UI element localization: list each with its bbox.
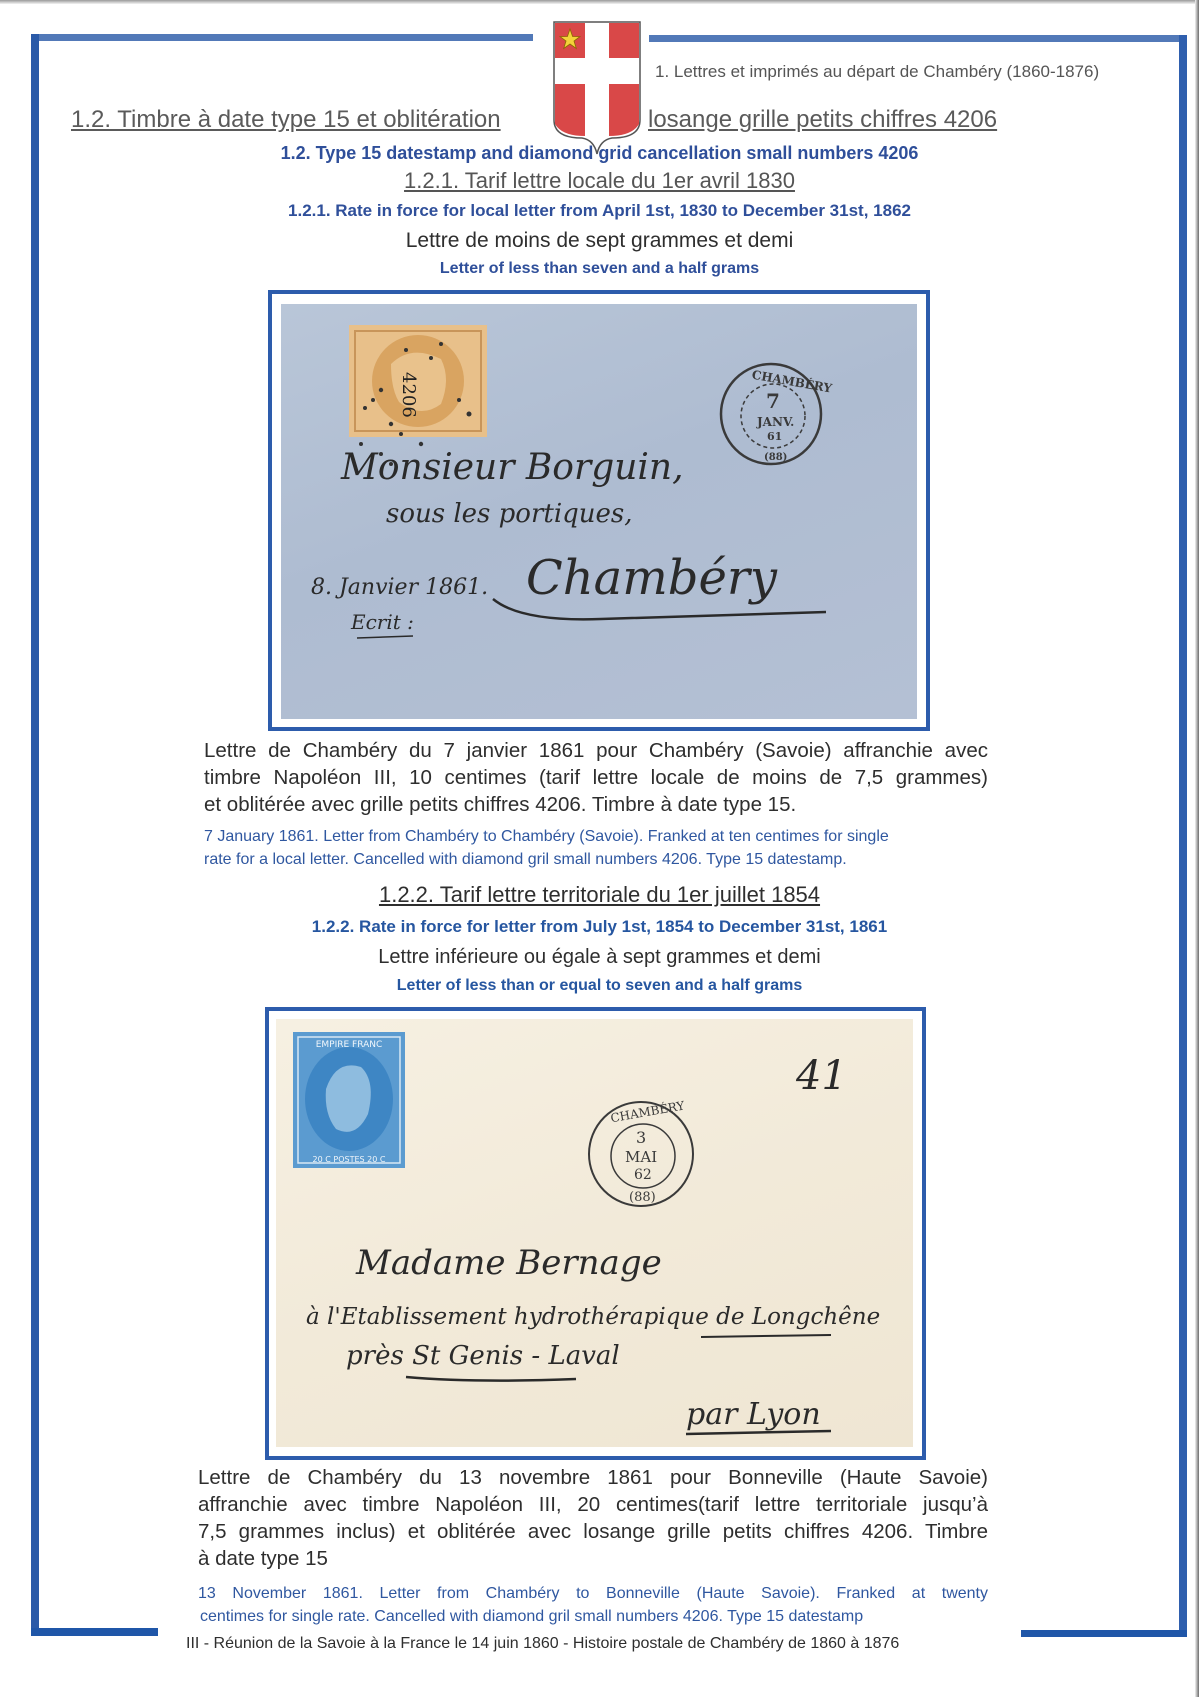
caption-line: à date type 15	[198, 1545, 988, 1572]
postmark-month: JANV.	[756, 415, 794, 429]
address-line-1: Monsieur Borguin,	[340, 447, 684, 488]
savoie-cross-shield-icon	[552, 20, 642, 156]
section2-weight: Lettre inférieure ou égale à sept gramme…	[0, 946, 1199, 969]
section1-title: 1.2.1. Tarif lettre locale du 1er avril …	[0, 168, 1199, 194]
postmark-day: 3	[636, 1128, 646, 1147]
caption-line: Lettre de Chambéry du 7 janvier 1861 pou…	[204, 737, 988, 764]
scan-edge-right	[1195, 0, 1199, 1697]
caption-line: centimes for single rate. Cancelled with…	[198, 1605, 988, 1628]
scan-edge-top	[0, 0, 1199, 4]
section2-weight-english: Letter of less than or equal to seven an…	[0, 977, 1199, 995]
cover-1-caption: Lettre de Chambéry du 7 janvier 1861 pou…	[204, 737, 988, 818]
section2-title-english: 1.2.2. Rate in force for letter from Jul…	[0, 917, 1199, 937]
cover-1-envelope: 4206 CHAMBÉRY 7 JANV. 61 (88)	[281, 304, 917, 719]
postmark-dept: (88)	[764, 452, 787, 463]
cover-2-caption-english: 13 November 1861. Letter from Chambéry t…	[198, 1582, 988, 1628]
caption-line: 13 November 1861. Letter from Chambéry t…	[198, 1582, 988, 1605]
cover-2-caption: Lettre de Chambéry du 13 novembre 1861 p…	[198, 1464, 988, 1572]
section2-title: 1.2.2. Tarif lettre territoriale du 1er …	[0, 882, 1199, 908]
cover-1-caption-english: 7 January 1861. Letter from Chambéry to …	[204, 825, 889, 871]
caption-line: 7,5 grammes inclus) et oblitérée avec lo…	[198, 1518, 988, 1545]
frame-bottom-left	[31, 1628, 158, 1636]
postmark-month: MAI	[625, 1148, 657, 1166]
stamp-top-text: EMPIRE FRANC	[316, 1040, 383, 1050]
svg-text:4206: 4206	[398, 372, 419, 418]
frame-top-right	[649, 35, 1187, 42]
postmark-year: 62	[634, 1167, 652, 1183]
caption-line: affranchie avec timbre Napoléon III, 20 …	[198, 1491, 988, 1518]
postmark-day: 7	[766, 389, 780, 413]
section1-title-english: 1.2.1. Rate in force for local letter fr…	[0, 201, 1199, 221]
page-title-right: losange grille petits chiffres 4206	[648, 106, 997, 134]
caption-line: Lettre de Chambéry du 13 novembre 1861 p…	[198, 1464, 988, 1491]
series-title: 1. Lettres et imprimés au départ de Cham…	[655, 62, 1099, 82]
cover-2-artwork: EMPIRE FRANC 20 C POSTES 20 C 41 CHAMBÉR…	[276, 1019, 913, 1447]
frame-top-left	[37, 34, 533, 41]
cover-2-photo: EMPIRE FRANC 20 C POSTES 20 C 41 CHAMBÉR…	[265, 1007, 926, 1460]
stamp-bottom-text: 20 C POSTES 20 C	[313, 1155, 386, 1164]
address-line-3: Chambéry	[526, 550, 778, 606]
section1-weight: Lettre de moins de sept grammes et demi	[0, 229, 1199, 253]
docket-date: 8. Janvier 1861.	[311, 575, 488, 600]
address-line-1: Madame Bernage	[355, 1243, 662, 1283]
address-line-3: près St Genis - Laval	[346, 1341, 620, 1371]
page-footer: III - Réunion de la Savoie à la France l…	[186, 1635, 899, 1653]
page-title-english: 1.2. Type 15 datestamp and diamond grid …	[0, 143, 1199, 164]
caption-line: rate for a local letter. Cancelled with …	[204, 848, 889, 871]
cover-2-envelope: EMPIRE FRANC 20 C POSTES 20 C 41 CHAMBÉR…	[276, 1019, 913, 1447]
caption-line: timbre Napoléon III, 10 centimes (tarif …	[204, 764, 988, 791]
stamp-20c-icon: EMPIRE FRANC 20 C POSTES 20 C	[293, 1032, 405, 1168]
frame-bottom-right	[1021, 1630, 1187, 1637]
caption-line: et oblitérée avec grille petits chiffres…	[204, 791, 988, 818]
section1-weight-english: Letter of less than seven and a half gra…	[0, 260, 1199, 278]
cover-1-photo: 4206 CHAMBÉRY 7 JANV. 61 (88)	[268, 290, 930, 731]
caption-line: 7 January 1861. Letter from Chambéry to …	[204, 825, 889, 848]
stamp-10c-icon: 4206	[349, 325, 487, 437]
postmark-dept: (88)	[629, 1190, 656, 1205]
page-title-left: 1.2. Timbre à date type 15 et oblitérati…	[71, 106, 501, 134]
docket-note: Ecrit :	[350, 610, 414, 634]
address-line-4: par Lyon	[686, 1397, 821, 1432]
manuscript-number: 41	[795, 1053, 847, 1099]
postmark-year: 61	[767, 430, 782, 443]
address-line-2: à l'Etablissement hydrothérapique de Lon…	[306, 1304, 880, 1330]
address-line-2: sous les portiques,	[386, 499, 633, 529]
cover-1-artwork: 4206 CHAMBÉRY 7 JANV. 61 (88)	[281, 304, 917, 719]
